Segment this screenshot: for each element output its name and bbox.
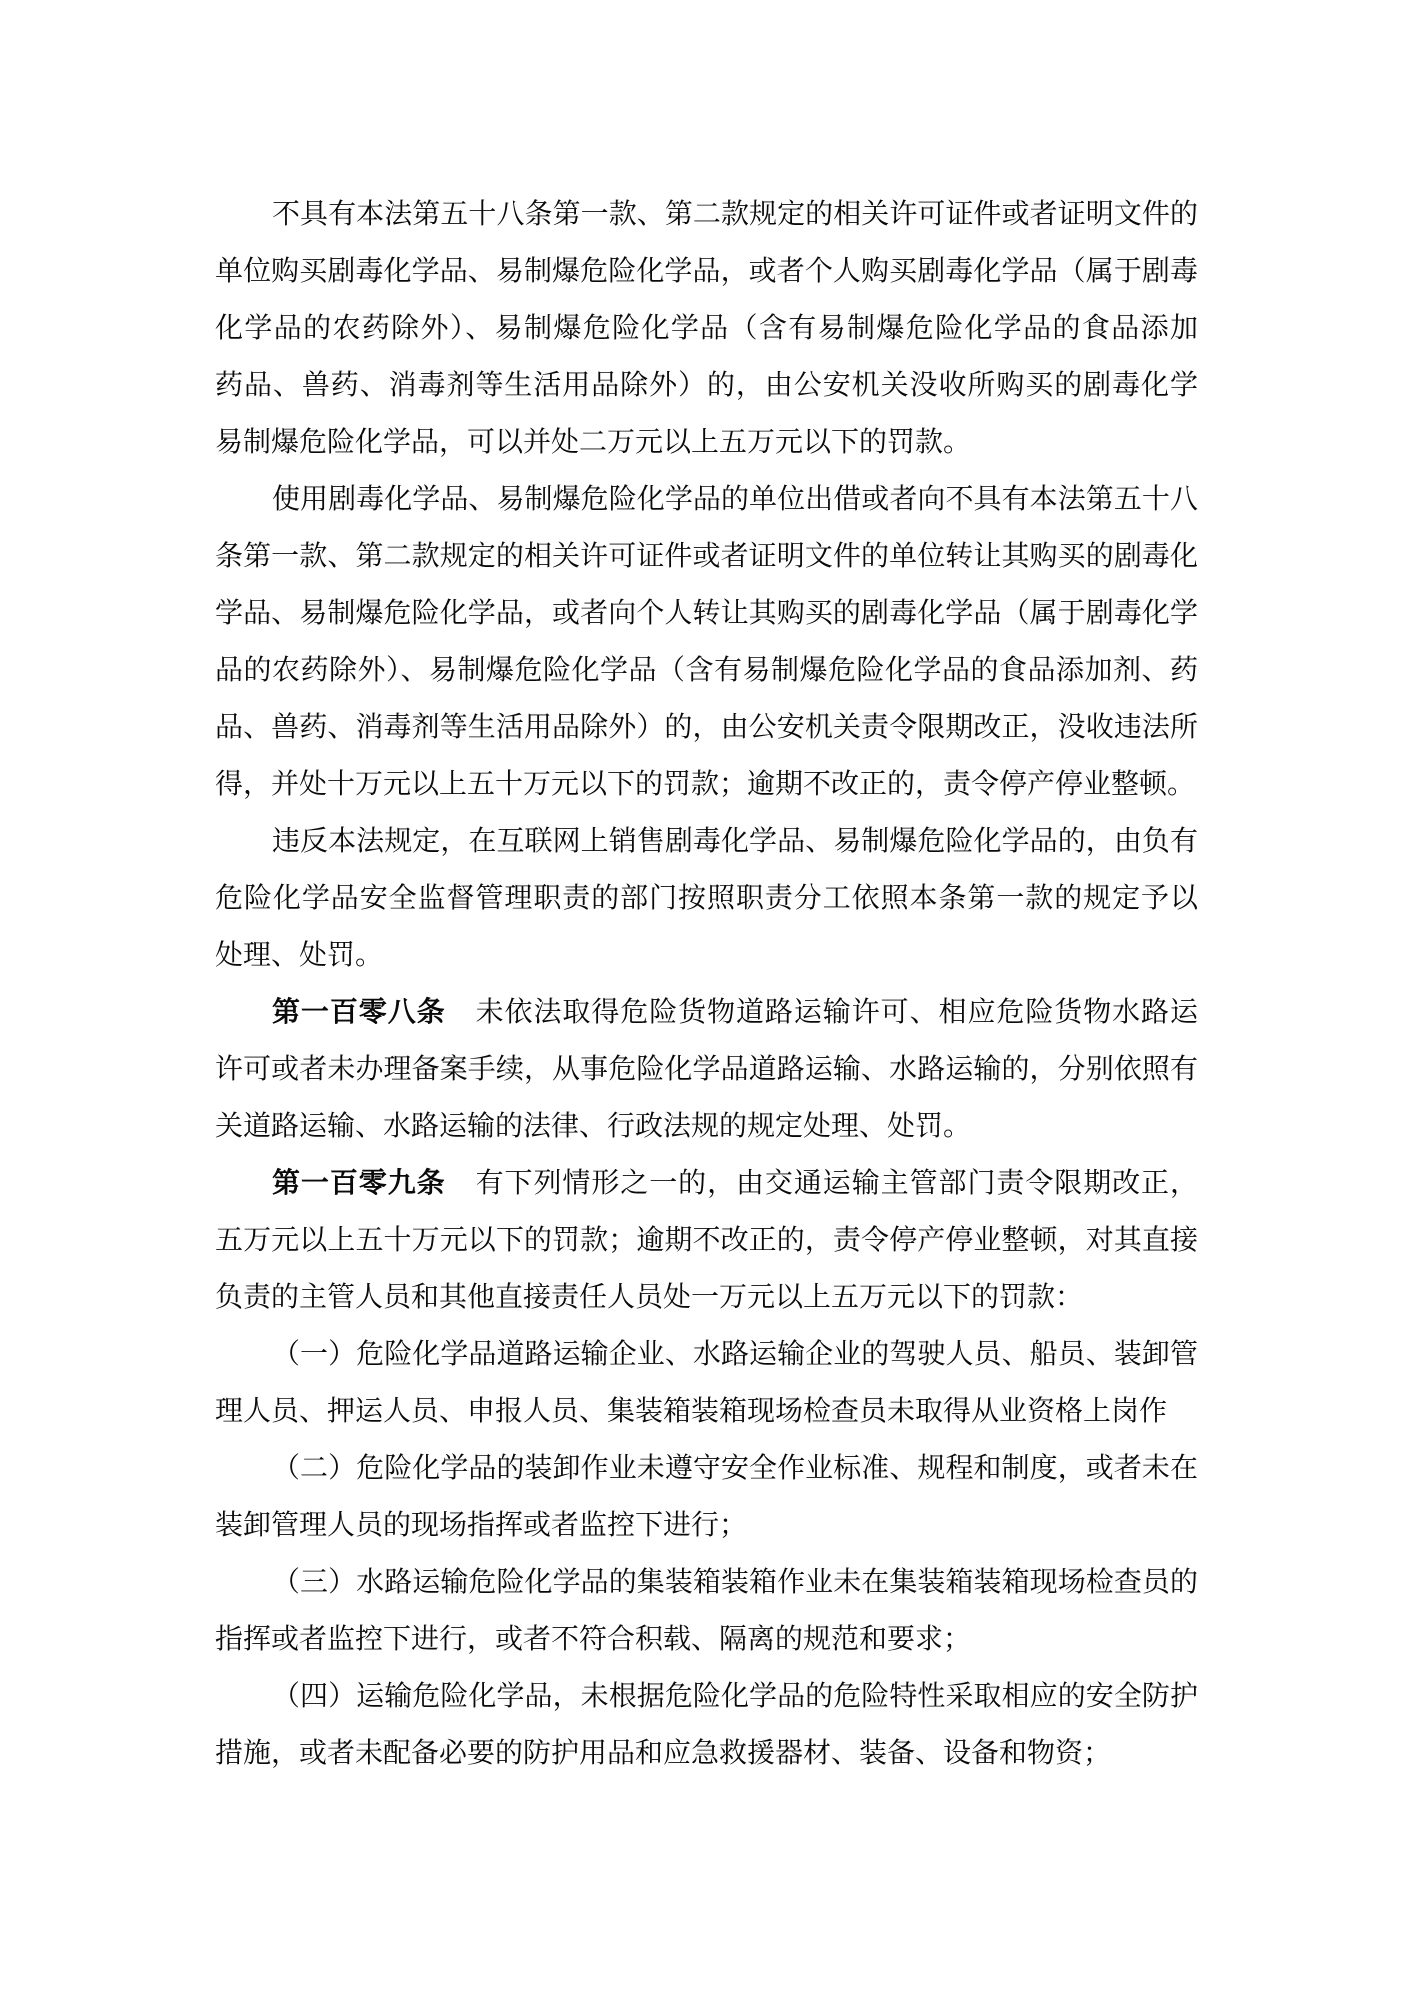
text-line: （四）运输危险化学品，未根据危险化学品的危险特性采取相应的安全防护 [215, 1667, 1198, 1724]
text-line: 品、兽药、消毒剂等生活用品除外）的，由公安机关责令限期改正，没收违法所 [215, 698, 1198, 755]
text-line: 理人员、押运人员、申报人员、集装箱装箱现场检查员未取得从业资格上岗作业； [215, 1382, 1198, 1439]
list-item-2: （二）危险化学品的装卸作业未遵守安全作业标准、规程和制度，或者未在 装卸管理人员… [215, 1439, 1198, 1553]
article-108: 第一百零八条未依法取得危险货物道路运输许可、相应危险货物水路运输 许可或者未办理… [215, 983, 1198, 1154]
list-item-4: （四）运输危险化学品，未根据危险化学品的危险特性采取相应的安全防护 措施，或者未… [215, 1667, 1198, 1781]
article-label: 第一百零八条 [272, 995, 446, 1028]
text-line: 品的农药除外）、易制爆危险化学品（含有易制爆危险化学品的食品添加剂、药 [215, 641, 1198, 698]
text-line: 负责的主管人员和其他直接责任人员处一万元以上五万元以下的罚款： [215, 1268, 1198, 1325]
text-line: 第一百零九条有下列情形之一的，由交通运输主管部门责令限期改正，处 [215, 1154, 1198, 1211]
document-body: 不具有本法第五十八条第一款、第二款规定的相关许可证件或者证明文件的 单位购买剧毒… [215, 185, 1198, 1781]
text-line: 装卸管理人员的现场指挥或者监控下进行； [215, 1496, 1198, 1553]
list-item-1: （一）危险化学品道路运输企业、水路运输企业的驾驶人员、船员、装卸管 理人员、押运… [215, 1325, 1198, 1439]
text-line: 单位购买剧毒化学品、易制爆危险化学品，或者个人购买剧毒化学品（属于剧毒 [215, 242, 1198, 299]
text-line: 药品、兽药、消毒剂等生活用品除外）的，由公安机关没收所购买的剧毒化学品、 [215, 356, 1198, 413]
text-line: （二）危险化学品的装卸作业未遵守安全作业标准、规程和制度，或者未在 [215, 1439, 1198, 1496]
list-item-3: （三）水路运输危险化学品的集装箱装箱作业未在集装箱装箱现场检查员的 指挥或者监控… [215, 1553, 1198, 1667]
text-line: 学品、易制爆危险化学品，或者向个人转让其购买的剧毒化学品（属于剧毒化学 [215, 584, 1198, 641]
text-line: 不具有本法第五十八条第一款、第二款规定的相关许可证件或者证明文件的 [215, 185, 1198, 242]
text-line: 五万元以上五十万元以下的罚款；逾期不改正的，责令停产停业整顿，对其直接 [215, 1211, 1198, 1268]
text-line: 第一百零八条未依法取得危险货物道路运输许可、相应危险货物水路运输 [215, 983, 1198, 1040]
text-line: 许可或者未办理备案手续，从事危险化学品道路运输、水路运输的，分别依照有 [215, 1040, 1198, 1097]
text-line: 条第一款、第二款规定的相关许可证件或者证明文件的单位转让其购买的剧毒化 [215, 527, 1198, 584]
text-line: 违反本法规定，在互联网上销售剧毒化学品、易制爆危险化学品的，由负有 [215, 812, 1198, 869]
text-line: 得，并处十万元以上五十万元以下的罚款；逾期不改正的，责令停产停业整顿。 [215, 755, 1198, 812]
document-page: 不具有本法第五十八条第一款、第二款规定的相关许可证件或者证明文件的 单位购买剧毒… [0, 0, 1414, 2000]
text-line: 使用剧毒化学品、易制爆危险化学品的单位出借或者向不具有本法第五十八 [215, 470, 1198, 527]
text-line: （一）危险化学品道路运输企业、水路运输企业的驾驶人员、船员、装卸管 [215, 1325, 1198, 1382]
article-109: 第一百零九条有下列情形之一的，由交通运输主管部门责令限期改正，处 五万元以上五十… [215, 1154, 1198, 1325]
text-line: 处理、处罚。 [215, 926, 1198, 983]
paragraph-lending-transfer: 使用剧毒化学品、易制爆危险化学品的单位出借或者向不具有本法第五十八 条第一款、第… [215, 470, 1198, 812]
text-line: （三）水路运输危险化学品的集装箱装箱作业未在集装箱装箱现场检查员的 [215, 1553, 1198, 1610]
text-line: 危险化学品安全监督管理职责的部门按照职责分工依照本条第一款的规定予以 [215, 869, 1198, 926]
text-line: 指挥或者监控下进行，或者不符合积载、隔离的规范和要求； [215, 1610, 1198, 1667]
article-label: 第一百零九条 [272, 1166, 446, 1199]
text-line: 关道路运输、水路运输的法律、行政法规的规定处理、处罚。 [215, 1097, 1198, 1154]
text-line: 化学品的农药除外）、易制爆危险化学品（含有易制爆危险化学品的食品添加剂、 [215, 299, 1198, 356]
paragraph-internet-sales: 违反本法规定，在互联网上销售剧毒化学品、易制爆危险化学品的，由负有 危险化学品安… [215, 812, 1198, 983]
text-line: 措施，或者未配备必要的防护用品和应急救援器材、装备、设备和物资； [215, 1724, 1198, 1781]
paragraph-unlicensed-purchase: 不具有本法第五十八条第一款、第二款规定的相关许可证件或者证明文件的 单位购买剧毒… [215, 185, 1198, 470]
text-line: 易制爆危险化学品，可以并处二万元以上五万元以下的罚款。 [215, 413, 1198, 470]
